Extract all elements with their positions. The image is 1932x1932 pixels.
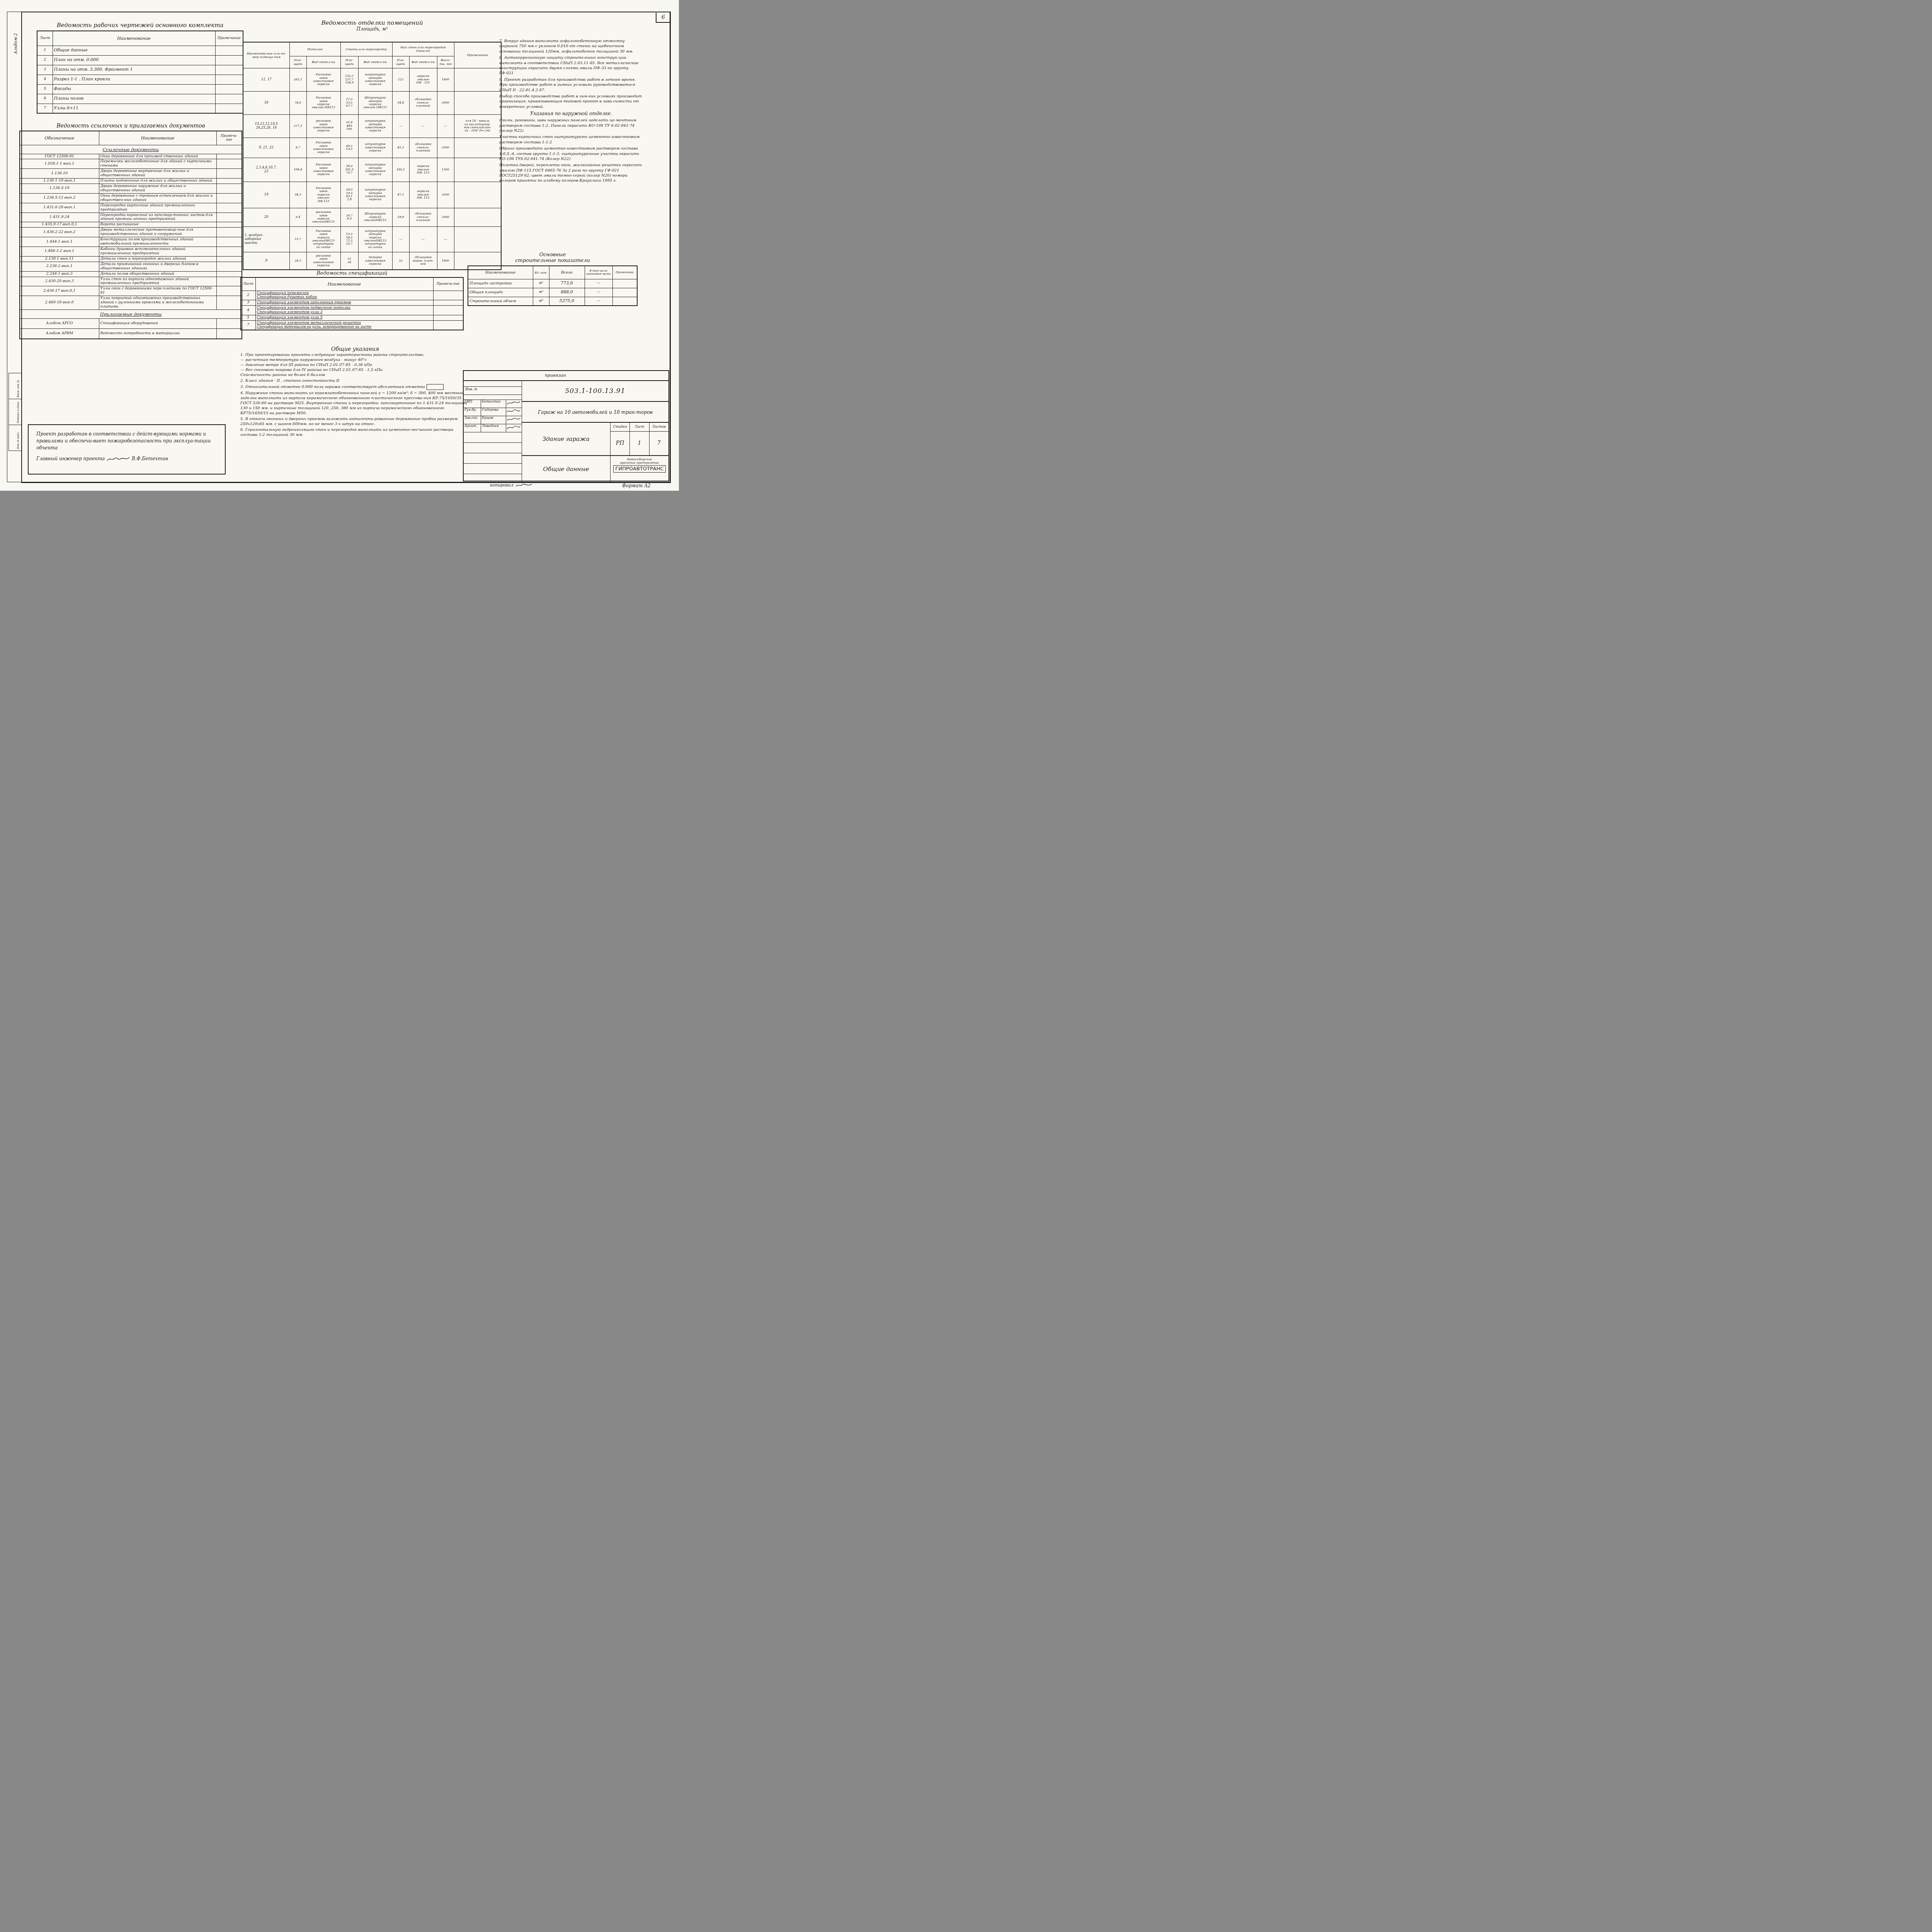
finishing-schedule-subtitle: Площадь, м² bbox=[243, 26, 502, 32]
cell-height: 2000 bbox=[437, 138, 454, 158]
col-header-area: Пло-щадь bbox=[392, 56, 409, 68]
note-item-8: 8. Антикоррозионную защиту строительных … bbox=[499, 55, 643, 76]
cell-height: 2000 bbox=[437, 208, 454, 226]
cell-panel-finish: облицовка стекло- плиткой bbox=[409, 91, 437, 114]
cell-height: 1800 bbox=[437, 252, 454, 270]
compliance-statement-box: Проект разработан в соответствии с дейст… bbox=[28, 424, 226, 474]
cell-sheet: 5 bbox=[37, 84, 53, 94]
col-header-note: Примеча-ние bbox=[216, 131, 242, 145]
spec-name: Спецификация элементов заполнения проемо… bbox=[257, 301, 432, 305]
cell-name: Узлы стен из кирпича одноэтажных зданий … bbox=[99, 277, 216, 286]
binding-note: привязан bbox=[464, 371, 668, 381]
cell-name: Планы на отм. 3.300. Фрагмент 1 bbox=[53, 65, 215, 75]
cell-note bbox=[216, 203, 242, 213]
table-row: 7 Спецификация элементов металлической р… bbox=[241, 321, 463, 330]
table-row: 2.236-2 вып.1Детали примыканий оконных и… bbox=[20, 262, 242, 271]
cell-note bbox=[215, 84, 243, 94]
cell-walls-finish: Штукатурка затирка окраска эмалью ПФ115 bbox=[358, 91, 392, 114]
cell-sheet: 7 bbox=[37, 104, 53, 113]
spec-name: Спецификация душевых кабин bbox=[257, 295, 432, 299]
cell-code: 2.436-17 вып.0,1 bbox=[20, 286, 99, 296]
working-drawings-table: Лист Наименование Примечание 1Общие данн… bbox=[37, 31, 243, 114]
cell-note bbox=[216, 179, 242, 184]
cell-sheet: 6 bbox=[37, 94, 53, 104]
table-header-row: Обозначение Наименование Примеча-ние bbox=[20, 131, 242, 145]
cell-panel-finish: окраска эмалью ПФ- 115 bbox=[409, 158, 437, 182]
table-row: ГОСТ 12506-81Окна деревянные для произво… bbox=[20, 154, 242, 159]
table-row: 2 Спецификация перемычекСпецификация душ… bbox=[241, 291, 463, 300]
cell-name: Двери деревянные наружные для жилых и об… bbox=[99, 184, 216, 194]
role-name: Левадная bbox=[481, 424, 506, 432]
spec-name: Спецификация элементов узла 5 bbox=[257, 316, 432, 320]
role-name: Бетехтин bbox=[481, 400, 506, 408]
note-item-9: 9. Проект разработан для производства ра… bbox=[499, 77, 643, 93]
side-label-podpis: Подпись и дата bbox=[17, 401, 20, 423]
indicators-section: Основные строительные показатели Наимено… bbox=[468, 252, 638, 306]
organization-name: ГИПРОАВТОТРАНС bbox=[613, 465, 665, 473]
cell-name: Спецификация оборудования bbox=[99, 319, 216, 329]
signature-icon bbox=[506, 408, 521, 414]
cell-name: Двери металлические противопожар-ные для… bbox=[99, 228, 216, 237]
col-header-sheet: Лист bbox=[37, 31, 53, 46]
cell-height: 3000 bbox=[437, 91, 454, 114]
cell-ceiling-finish: Расшивка швов окраска эмальюПФ115 штукат… bbox=[306, 226, 340, 252]
role-name: Ершов bbox=[481, 416, 506, 424]
col-header-unit: Ед. изм. bbox=[533, 266, 549, 279]
sheets-value: 7 bbox=[650, 432, 668, 455]
cell-ceiling-area: 277,3 bbox=[289, 114, 306, 138]
table-row: 8, 21, 22 8,7 Расшивка швов известковая … bbox=[243, 138, 501, 158]
signature-icon bbox=[106, 456, 130, 462]
frame-side-column: Взам. инв. № Подпись и дата Инв. № подл. bbox=[9, 373, 22, 451]
table-header-row: Лист Наименование Примеча-ние bbox=[241, 277, 463, 291]
cell-note bbox=[433, 321, 463, 330]
cell-sheet: 2 bbox=[241, 291, 255, 300]
chief-engineer-label: Главный инженер проекта bbox=[36, 456, 105, 461]
cell-walls-area: 60,2 19,5 bbox=[340, 138, 358, 158]
table-row: 4Разрез 1-1 . План кровли bbox=[37, 75, 243, 84]
finishing-schedule-title: Ведомость отделки помещений bbox=[243, 19, 502, 26]
table-row: 2.436-17 вып.0,1Узлы окон с деревянными … bbox=[20, 286, 242, 296]
cell-sheet: 4 bbox=[37, 75, 53, 84]
general-notes-section: Общие указания 1. При проектировании при… bbox=[240, 346, 470, 438]
cell-note bbox=[216, 277, 242, 286]
drawing-sheet: 6 Альбом 2 Взам. инв. № Подпись и дата И… bbox=[0, 0, 679, 491]
signature-icon bbox=[506, 400, 521, 406]
cell-code: 2.430-20 вып.3 bbox=[20, 277, 99, 286]
copied-by-label: копировал bbox=[490, 483, 514, 488]
cell-unit: м² bbox=[533, 288, 549, 297]
col-header-name: Наименование bbox=[53, 31, 215, 46]
cell-name: Общая площадь bbox=[468, 288, 533, 297]
page-number-box: 6 bbox=[656, 13, 670, 23]
cell-note bbox=[215, 104, 243, 113]
role-row: Архит. Левадная bbox=[464, 424, 522, 432]
cell-panel-finish: окраска эмалью ПФ- 115 bbox=[409, 182, 437, 208]
table-row: Строительный объемм³5375,0— bbox=[468, 297, 637, 306]
cell-name: Плиты подоконные для жилых и общественны… bbox=[99, 179, 216, 184]
table-row: 16 74,6 Расшивка швов окраска эмалью ПФ1… bbox=[243, 91, 501, 114]
cell-note bbox=[612, 297, 637, 306]
table-row: 1Общие данные bbox=[37, 46, 243, 55]
outdoor-finish-paragraph: Сколы, раковины, швы наружных панелей за… bbox=[499, 118, 643, 133]
table-row: Альбом АРВМВедомость потребности в матер… bbox=[20, 329, 242, 339]
general-note-item: 6. Горизонтальную гидроизоляцию стен и п… bbox=[240, 427, 470, 437]
general-notes-title: Общие указания bbox=[240, 346, 470, 352]
cell-sheet: 3 bbox=[37, 65, 53, 75]
table-row: 2.130-1 вып.11Детали стен и перегородок … bbox=[20, 256, 242, 262]
cell-name: Узлы покрытий одноэтажных производственн… bbox=[99, 296, 216, 310]
table-row: 5 Спецификация элементов узла 5 bbox=[241, 315, 463, 321]
cell-note bbox=[216, 159, 242, 169]
title-block-signatures: Инв. № ГИП Бетехтин Рук.бр. Сидорова Зав… bbox=[464, 381, 522, 482]
cell-sheet: 3 bbox=[241, 300, 255, 306]
cell-name: Двери деревянные внутренние для жилых и … bbox=[99, 169, 216, 179]
col-header-note: Примечание bbox=[612, 266, 637, 279]
cell-walls-finish: штукатурка затирка известковая окраска bbox=[358, 68, 392, 91]
cell-note bbox=[454, 138, 501, 158]
cell-code: 1.444-1 вып.1 bbox=[20, 237, 99, 247]
cell-panel-finish: окраска эмалью ПФ - 115 bbox=[409, 68, 437, 91]
cell-note bbox=[216, 329, 242, 339]
empty-row bbox=[464, 395, 522, 400]
title-block: привязан Инв. № ГИП Бетехтин Рук.бр. Сид… bbox=[463, 370, 669, 481]
cell-note bbox=[454, 226, 501, 252]
signature-icon bbox=[506, 424, 521, 430]
organization-cell: Новосибирское арендное предприятие ГИПРО… bbox=[611, 456, 668, 482]
cell-note bbox=[216, 296, 242, 310]
format-label: Формат А2 bbox=[622, 483, 651, 488]
right-notes-section: 7. Вокруг здания выполнить асфальтобетон… bbox=[499, 39, 643, 185]
cell-code: 1.136-10 bbox=[20, 169, 99, 179]
cell-code: ГОСТ 12506-81 bbox=[20, 154, 99, 159]
cell-note bbox=[216, 271, 242, 277]
cell-code: 1.038.1-1 вып.1 bbox=[20, 159, 99, 169]
cell-note bbox=[454, 182, 501, 208]
cell-name: Спецификация перемычекСпецификация душев… bbox=[255, 291, 433, 300]
sheet-value: 1 bbox=[630, 432, 649, 455]
cell-ceiling-area: 15,7 bbox=[289, 226, 306, 252]
cell-name: Площадь застройки bbox=[468, 279, 533, 288]
cell-walls-finish: штукатурка затирка известковая окраска bbox=[358, 114, 392, 138]
cell-panel-finish: — bbox=[409, 226, 437, 252]
cell-code: Альбом АРВМ bbox=[20, 329, 99, 339]
table-header-row: Наименование Ед. изм. Всего В том числе … bbox=[468, 266, 637, 279]
table-row: 6Планы полов bbox=[37, 94, 243, 104]
cell-name: Окна деревянные с тройным остеклением дл… bbox=[99, 193, 216, 203]
reference-docs-table: Обозначение Наименование Примеча-ние Ссы… bbox=[19, 131, 242, 339]
cell-code: 1.435.9-17 вып.0,1 bbox=[20, 222, 99, 228]
table-row: 1, воздухо- заборные шахты 15,7 Расшивка… bbox=[243, 226, 501, 252]
col-header-code: Обозначение bbox=[20, 131, 99, 145]
role-title: Рук.бр. bbox=[464, 408, 481, 416]
organization-line1: Новосибирское bbox=[611, 457, 668, 461]
cell-ceiling-area: 34,3 bbox=[289, 182, 306, 208]
indicators-title-line1: Основные bbox=[468, 252, 638, 258]
col-header-area: Пло-щадь bbox=[289, 56, 306, 68]
cell-note bbox=[215, 55, 243, 65]
cell-name: Фасады bbox=[53, 84, 215, 94]
side-cell: Подпись и дата bbox=[9, 399, 21, 425]
cell-name: Планы полов bbox=[53, 94, 215, 104]
cell-sheet: 7 bbox=[241, 321, 255, 330]
compliance-statement-text: Проект разработан в соответствии с дейст… bbox=[36, 430, 217, 451]
cell-total: 5375,0 bbox=[549, 297, 585, 306]
col-header-finish: Вид отдел-ки bbox=[306, 56, 340, 68]
cell-walls-finish: штукатурка затирка окраска эмальюПФ115 ш… bbox=[358, 226, 392, 252]
empty-row bbox=[464, 464, 522, 474]
role-row: Зав.сек. Ершов bbox=[464, 416, 522, 424]
outdoor-finish-paragraph: Обрызг производить цементно-известковым … bbox=[499, 146, 643, 162]
cell-code: 1.431.9-24 bbox=[20, 213, 99, 222]
table-row: 1.488-3-2 вып.1Кабины душевых вспомогате… bbox=[20, 247, 242, 257]
col-header-name: Наименование bbox=[468, 266, 533, 279]
role-title: Архит. bbox=[464, 424, 481, 432]
signature-icon bbox=[515, 483, 533, 488]
chief-engineer-name: В.Ф.Бетехтин bbox=[132, 456, 168, 461]
spec-list-section: Ведомость спецификаций Лист Наименование… bbox=[240, 270, 464, 330]
cell-note bbox=[612, 288, 637, 297]
outdoor-finish-paragraph: Полотна дверей, переплеты окон, жалюзийн… bbox=[499, 163, 643, 184]
cell-note bbox=[433, 306, 463, 315]
role-title: Зав.сек. bbox=[464, 416, 481, 424]
album-label: Альбом 2 bbox=[13, 33, 18, 54]
table-row: 1.136-10Двери деревянные внутренние для … bbox=[20, 169, 242, 179]
sheets-label: Листов bbox=[650, 423, 668, 431]
cell-ceiling-finish: Расшивка швов окраска эмалью ПФ115 bbox=[306, 91, 340, 114]
general-note-item: 5. В откосы оконных и дверных проемов за… bbox=[240, 417, 470, 427]
working-drawings-section: Ведомость рабочих чертежей основного ком… bbox=[37, 22, 243, 114]
cell-name: Разрез 1-1 . План кровли bbox=[53, 75, 215, 84]
cell-name: Ворота распашные bbox=[99, 222, 216, 228]
table-row: 1.136.5-19Двери деревянные наружные для … bbox=[20, 184, 242, 194]
table-row: 20 9,4 расшивка швов окраска эмальюПФ115… bbox=[243, 208, 501, 226]
spec-name: Спецификация материалов на узлы, замарки… bbox=[257, 325, 432, 329]
role-row: Рук.бр. Сидорова bbox=[464, 408, 522, 416]
cell-note bbox=[216, 319, 242, 329]
cell-underground: — bbox=[585, 279, 612, 288]
cell-note bbox=[216, 213, 242, 222]
table-header-row: Наименова-ние или но-мер помеще-ния Пото… bbox=[243, 42, 501, 56]
table-row: Альбом АРСОСпецификация оборудования bbox=[20, 319, 242, 329]
cell-code: 1.136.5-19 bbox=[20, 184, 99, 194]
cell-note bbox=[216, 286, 242, 296]
side-label-vzam: Взам. инв. № bbox=[17, 380, 20, 397]
cell-unit: м² bbox=[533, 279, 549, 288]
table-row: 11, 17 261,1 Расшивка швов известковая о… bbox=[243, 68, 501, 91]
cell-room: 2,3,4,6,10,7, 23 bbox=[243, 158, 289, 182]
cell-ceiling-finish: Расшивка швов окраска эмалью ПФ-115 bbox=[306, 182, 340, 208]
general-note-text: 3. Относительной отметке 0.000 пола гара… bbox=[240, 385, 425, 389]
cell-code: 1.431.6-28 вып.1 bbox=[20, 203, 99, 213]
cell-note bbox=[216, 193, 242, 203]
table-row: 1.431.6-28 вып.1Перегородки кирпичные зд… bbox=[20, 203, 242, 213]
cell-code: 1.488-3-2 вып.1 bbox=[20, 247, 99, 257]
cell-walls-finish: Штукатурка окраска эмальюПФ115 bbox=[358, 208, 392, 226]
cell-name: Конструкции полов производственных здани… bbox=[99, 237, 216, 247]
title-block-description: 503.1-100.13.91 Гараж на 10 автомобилей … bbox=[522, 381, 668, 482]
cell-walls-area: 26,7 8,9 bbox=[340, 208, 358, 226]
cell-panel-area: 41,5 bbox=[392, 138, 409, 158]
cell-walls-area: 91,8 489 590 bbox=[340, 114, 358, 138]
col-header-room: Наименова-ние или но-мер помеще-ния bbox=[243, 42, 289, 68]
cell-name: Детали примыканий оконных и дверных блок… bbox=[99, 262, 216, 271]
cell-code: 2.460-18 вып.0 bbox=[20, 296, 99, 310]
cell-panel-area: 47,1 bbox=[392, 182, 409, 208]
cell-ceiling-area: 74,6 bbox=[289, 91, 306, 114]
cell-note bbox=[216, 237, 242, 247]
table-row: 2.244-1 вып.3Детали полов общественных з… bbox=[20, 271, 242, 277]
cell-room: 15,13,12,18,5 24,25,26, 14 bbox=[243, 114, 289, 138]
table-row: 1.436.2-22 вып.2Двери металлические прот… bbox=[20, 228, 242, 237]
cell-code: 2.130-1 вып.11 bbox=[20, 256, 99, 262]
blank-elevation-box bbox=[427, 384, 444, 390]
sheet-label: Лист bbox=[630, 423, 649, 431]
cell-walls-finish: штукатурка известковая окраска bbox=[358, 138, 392, 158]
cell-note bbox=[216, 256, 242, 262]
finishing-schedule-table: Наименова-ние или но-мер помеще-ния Пото… bbox=[243, 42, 502, 270]
cell-room: 8, 21, 22 bbox=[243, 138, 289, 158]
spec-list-caption: Ведомость спецификаций bbox=[240, 270, 464, 276]
side-cell: Взам. инв. № bbox=[9, 373, 21, 399]
cell-panel-area: 94,8 bbox=[392, 91, 409, 114]
side-cell: Инв. № подл. bbox=[9, 425, 21, 451]
indicators-title-line2: строительные показатели bbox=[468, 258, 638, 264]
cell-note bbox=[216, 247, 242, 257]
table-row: 2.460-18 вып.0Узлы покрытий одноэтажных … bbox=[20, 296, 242, 310]
cell-name: Спецификация элементов металлической реш… bbox=[255, 321, 433, 330]
reference-docs-title: Ведомость ссылочных и прилагаемых докуме… bbox=[19, 123, 242, 129]
side-label-inv: Инв. № подл. bbox=[17, 432, 20, 449]
cell-name: Детали полов общественных зданий bbox=[99, 271, 216, 277]
inventory-number-label: Инв. № bbox=[464, 387, 522, 395]
cell-height: — bbox=[437, 226, 454, 252]
cell-ceiling-area: 8,7 bbox=[289, 138, 306, 158]
cell-note bbox=[216, 228, 242, 237]
cell-walls-area: 11,3 53,5 67,7 bbox=[340, 91, 358, 114]
table-row: 1.236.5-12 вып.2Окна деревянные с тройны… bbox=[20, 193, 242, 203]
table-row: 2,3,4,6,10,7, 23 104,4 Расшивка швов изв… bbox=[243, 158, 501, 182]
cell-sheet: 2 bbox=[37, 55, 53, 65]
table-row: Общая площадьм²888,0— bbox=[468, 288, 637, 297]
cell-underground: — bbox=[585, 297, 612, 306]
general-note-item: 3. Относительной отметке 0.000 пола гара… bbox=[240, 384, 470, 390]
cell-note bbox=[216, 169, 242, 179]
cell-panel-area: — bbox=[392, 114, 409, 138]
cell-name: Спецификация элементов подвесного потолк… bbox=[255, 306, 433, 315]
cell-code: 1.136-1-19 вып.1 bbox=[20, 179, 99, 184]
cell-total: 888,0 bbox=[549, 288, 585, 297]
cell-name: Перегородки каркасные из гипсокар-тонных… bbox=[99, 213, 216, 222]
cell-height: 2000 bbox=[437, 182, 454, 208]
cell-ceiling-finish: Расшивка швов известковая окраска bbox=[306, 138, 340, 158]
table-header-row: Лист Наименование Примечание bbox=[37, 31, 243, 46]
cell-note bbox=[433, 291, 463, 300]
table-row: 19 34,3 Расшивка швов окраска эмалью ПФ-… bbox=[243, 182, 501, 208]
stage-sheet-headers: Стадия Лист Листов bbox=[611, 423, 668, 432]
table-row: 3 Спецификация элементов заполнения прое… bbox=[241, 300, 463, 306]
section-row: Прилагаемые документы bbox=[20, 310, 242, 319]
cell-walls-area: 38,9 181,9 70,7 bbox=[340, 158, 358, 182]
cell-note bbox=[216, 222, 242, 228]
table-row: Площадь застройким²773,6— bbox=[468, 279, 637, 288]
indicators-table: Наименование Ед. изм. Всего В том числе … bbox=[468, 265, 638, 306]
col-header-name: Наименование bbox=[99, 131, 216, 145]
cell-name: Ведомость потребности в материалах bbox=[99, 329, 216, 339]
cell-height: 1500 bbox=[437, 158, 454, 182]
cell-room: 19 bbox=[243, 182, 289, 208]
cell-note bbox=[215, 65, 243, 75]
table-row: 1.435.9-17 вып.0,1Ворота распашные bbox=[20, 222, 242, 228]
role-title: ГИП bbox=[464, 400, 481, 408]
cell-name: Детали стен и перегородок жилых зданий bbox=[99, 256, 216, 262]
stage-sheet-grid: Стадия Лист Листов РП 1 7 bbox=[611, 423, 668, 455]
cell-ceiling-finish: расшивка швов известковая окраска bbox=[306, 252, 340, 270]
cell-note bbox=[433, 315, 463, 321]
cell-name: Спецификация элементов заполнения проемо… bbox=[255, 300, 433, 306]
cell-walls-area: 22 24 bbox=[340, 252, 358, 270]
cell-note bbox=[215, 75, 243, 84]
cell-unit: м³ bbox=[533, 297, 549, 306]
content-title: Общие данные bbox=[522, 456, 611, 482]
cell-note: для 14 - панель из кислотоупор- ной стек… bbox=[454, 114, 501, 138]
cell-name: Кабины душевых вспомогательных зданий пр… bbox=[99, 247, 216, 257]
cell-ceiling-area: 24,3 bbox=[289, 252, 306, 270]
col-header-height: Высо-та, мм bbox=[437, 56, 454, 68]
object-title: Здание гаража bbox=[522, 423, 611, 455]
empty-row bbox=[464, 381, 522, 387]
cell-panel-area: 32 bbox=[392, 252, 409, 270]
col-header-finish: Вид отдел-ки bbox=[358, 56, 392, 68]
section-row: Ссылочные документы bbox=[20, 145, 242, 154]
cell-room: 20 bbox=[243, 208, 289, 226]
cell-name: Узлы 6÷11 bbox=[53, 104, 215, 113]
role-name: Сидорова bbox=[481, 408, 506, 416]
cell-walls-finish: Затирка известковая окраска bbox=[358, 252, 392, 270]
signature-icon bbox=[506, 416, 521, 422]
col-header-note: Примеча-ние bbox=[433, 277, 463, 291]
cell-note bbox=[215, 94, 243, 104]
cell-name: Окна деревянные для производ-ственных зд… bbox=[99, 154, 216, 159]
cell-name: План на отм. 0.000 bbox=[53, 55, 215, 65]
col-header-underground: В том числе подземная часть bbox=[585, 266, 612, 279]
stage-label: Стадия bbox=[611, 423, 630, 431]
table-row: 3Планы на отм. 3.300. Фрагмент 1 bbox=[37, 65, 243, 75]
empty-row bbox=[464, 443, 522, 453]
project-title: Гараж на 10 автомобилей и 10 трак-торов bbox=[522, 402, 668, 423]
outdoor-finish-paragraph: Участки кирпичных стен оштукатурить цеме… bbox=[499, 134, 643, 145]
cell-room: 1, воздухо- заборные шахты bbox=[243, 226, 289, 252]
empty-row bbox=[464, 453, 522, 464]
cell-note bbox=[216, 184, 242, 194]
spec-name: Спецификация элементов узла 3 bbox=[257, 310, 432, 315]
cell-note bbox=[216, 154, 242, 159]
section-title-referenced: Ссылочные документы bbox=[20, 145, 242, 154]
copied-by-line: копировал bbox=[490, 483, 533, 488]
table-row: 2План на отм. 0.000 bbox=[37, 55, 243, 65]
document-number: 503.1-100.13.91 bbox=[522, 381, 668, 402]
cell-name: Перегородки кирпичные зданий промышленны… bbox=[99, 203, 216, 213]
stage-sheet-values: РП 1 7 bbox=[611, 432, 668, 455]
general-note-item: 1. При проектировании приняты следующие … bbox=[240, 352, 470, 378]
outdoor-finish-title: Указания по наружной отделке. bbox=[499, 111, 643, 117]
cell-room: 16 bbox=[243, 91, 289, 114]
cell-note bbox=[454, 91, 501, 114]
cell-panel-finish: облицовка стекло- плиткой bbox=[409, 208, 437, 226]
organization-line2: арендное предприятие bbox=[611, 461, 668, 464]
cell-walls-finish: штукатурка затирка известковая окраска bbox=[358, 158, 392, 182]
cell-panel-finish: Облицовка керам. плит- кой bbox=[409, 252, 437, 270]
